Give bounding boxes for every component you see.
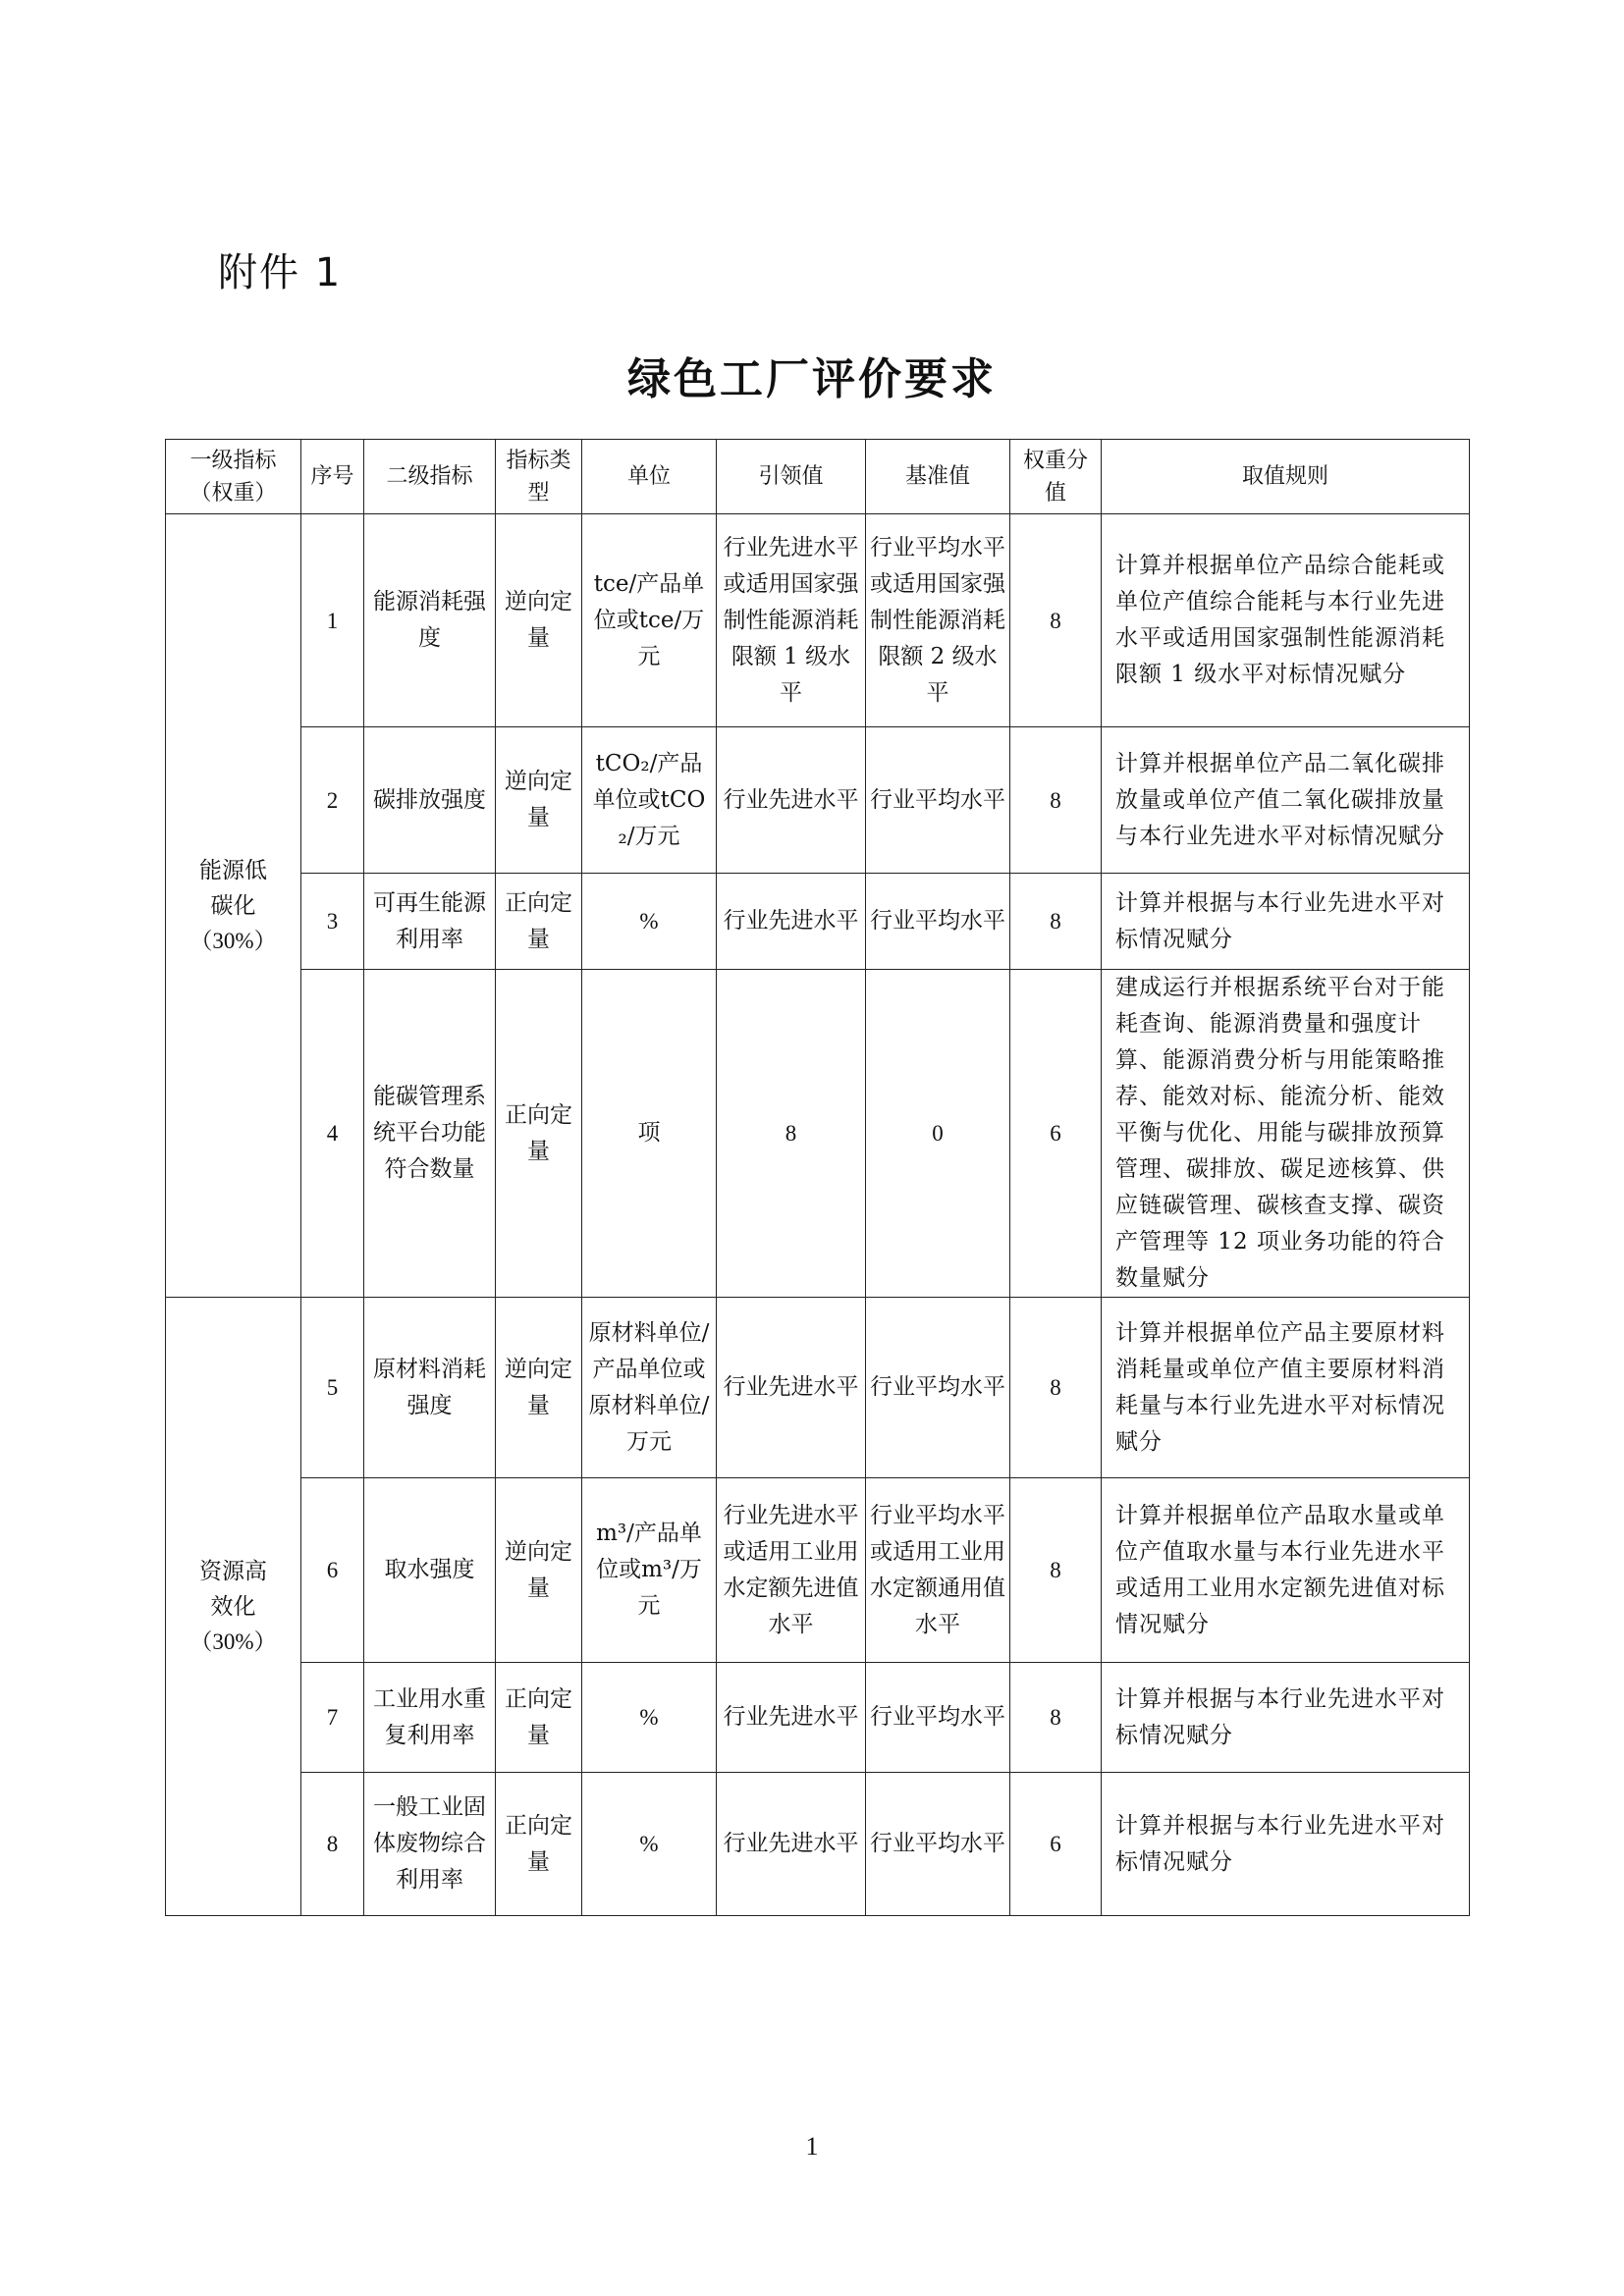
table-row: 7 工业用水重复利用率 正向定量 % 行业先进水平 行业平均水平 8 计算并根据… [166, 1663, 1470, 1773]
row-type: 正向定量 [496, 1773, 582, 1916]
attachment-label: 附件 1 [218, 253, 342, 293]
row-unit: m³/产品单位或m³/万元 [582, 1478, 717, 1663]
row-no: 5 [301, 1298, 364, 1478]
row-baseline: 行业平均水平 [866, 1773, 1010, 1916]
page-number: 1 [0, 2132, 1624, 2162]
header-type: 指标类型 [496, 440, 582, 514]
category-cell: 能源低碳化 （30%） [166, 514, 301, 1298]
row-baseline: 行业平均水平或适用工业用水定额通用值水平 [866, 1478, 1010, 1663]
row-baseline: 行业平均水平 [866, 1298, 1010, 1478]
category-weight: （30%） [170, 924, 297, 959]
row-leading: 8 [717, 970, 866, 1298]
row-no: 4 [301, 970, 364, 1298]
row-leading: 行业先进水平 [717, 1298, 866, 1478]
row-rule: 建成运行并根据系统平台对于能耗查询、能源消费量和强度计算、能源消费分析与用能策略… [1102, 970, 1470, 1298]
row-score: 6 [1010, 970, 1102, 1298]
evaluation-table: 一级指标（权重） 序号 二级指标 指标类型 单位 引领值 基准值 权重分值 取值… [165, 439, 1470, 1916]
row-indicator: 能碳管理系统平台功能符合数量 [364, 970, 496, 1298]
row-no: 3 [301, 874, 364, 970]
row-score: 8 [1010, 1478, 1102, 1663]
category-weight: （30%） [170, 1625, 297, 1660]
row-leading: 行业先进水平 [717, 874, 866, 970]
row-unit: tce/产品单位或tce/万元 [582, 514, 717, 727]
row-leading: 行业先进水平 [717, 1773, 866, 1916]
row-type: 正向定量 [496, 970, 582, 1298]
row-baseline: 行业平均水平 [866, 874, 1010, 970]
row-score: 8 [1010, 514, 1102, 727]
row-leading: 行业先进水平 [717, 1663, 866, 1773]
header-baseline: 基准值 [866, 440, 1010, 514]
row-indicator: 可再生能源利用率 [364, 874, 496, 970]
row-baseline: 行业平均水平 [866, 1663, 1010, 1773]
row-score: 8 [1010, 727, 1102, 874]
row-score: 8 [1010, 1298, 1102, 1478]
row-rule: 计算并根据单位产品二氧化碳排放量或单位产值二氧化碳排放量与本行业先进水平对标情况… [1102, 727, 1470, 874]
table-row: 2 碳排放强度 逆向定量 tCO₂/产品单位或tCO₂/万元 行业先进水平 行业… [166, 727, 1470, 874]
header-unit: 单位 [582, 440, 717, 514]
table-row: 4 能碳管理系统平台功能符合数量 正向定量 项 8 0 6 建成运行并根据系统平… [166, 970, 1470, 1298]
row-indicator: 原材料消耗强度 [364, 1298, 496, 1478]
row-rule: 计算并根据与本行业先进水平对标情况赋分 [1102, 1773, 1470, 1916]
row-type: 逆向定量 [496, 1478, 582, 1663]
row-unit: % [582, 1773, 717, 1916]
row-type: 逆向定量 [496, 727, 582, 874]
row-baseline: 0 [866, 970, 1010, 1298]
row-indicator: 能源消耗强度 [364, 514, 496, 727]
row-no: 2 [301, 727, 364, 874]
row-rule: 计算并根据与本行业先进水平对标情况赋分 [1102, 874, 1470, 970]
row-rule: 计算并根据与本行业先进水平对标情况赋分 [1102, 1663, 1470, 1773]
row-baseline: 行业平均水平或适用国家强制性能源消耗限额 2 级水平 [866, 514, 1010, 727]
header-leading: 引领值 [717, 440, 866, 514]
row-leading: 行业先进水平或适用国家强制性能源消耗限额 1 级水平 [717, 514, 866, 727]
row-indicator: 工业用水重复利用率 [364, 1663, 496, 1773]
header-level1: 一级指标（权重） [166, 440, 301, 514]
row-type: 逆向定量 [496, 1298, 582, 1478]
row-indicator: 碳排放强度 [364, 727, 496, 874]
row-score: 6 [1010, 1773, 1102, 1916]
row-rule: 计算并根据单位产品主要原材料消耗量或单位产值主要原材料消耗量与本行业先进水平对标… [1102, 1298, 1470, 1478]
row-no: 6 [301, 1478, 364, 1663]
table-row: 资源高效化 （30%） 5 原材料消耗强度 逆向定量 原材料单位/产品单位或原材… [166, 1298, 1470, 1478]
table-header-row: 一级指标（权重） 序号 二级指标 指标类型 单位 引领值 基准值 权重分值 取值… [166, 440, 1470, 514]
row-type: 逆向定量 [496, 514, 582, 727]
page-title: 绿色工厂评价要求 [0, 344, 1624, 406]
table-row: 能源低碳化 （30%） 1 能源消耗强度 逆向定量 tce/产品单位或tce/万… [166, 514, 1470, 727]
category-name: 能源低碳化 [189, 853, 278, 924]
row-baseline: 行业平均水平 [866, 727, 1010, 874]
row-unit: tCO₂/产品单位或tCO₂/万元 [582, 727, 717, 874]
row-leading: 行业先进水平 [717, 727, 866, 874]
row-indicator: 取水强度 [364, 1478, 496, 1663]
row-unit: 原材料单位/产品单位或原材料单位/万元 [582, 1298, 717, 1478]
row-indicator: 一般工业固体废物综合利用率 [364, 1773, 496, 1916]
table-row: 3 可再生能源利用率 正向定量 % 行业先进水平 行业平均水平 8 计算并根据与… [166, 874, 1470, 970]
row-rule: 计算并根据单位产品综合能耗或单位产值综合能耗与本行业先进水平或适用国家强制性能源… [1102, 514, 1470, 727]
row-rule: 计算并根据单位产品取水量或单位产值取水量与本行业先进水平或适用工业用水定额先进值… [1102, 1478, 1470, 1663]
row-type: 正向定量 [496, 874, 582, 970]
row-no: 1 [301, 514, 364, 727]
row-leading: 行业先进水平或适用工业用水定额先进值水平 [717, 1478, 866, 1663]
header-score: 权重分值 [1010, 440, 1102, 514]
table-row: 6 取水强度 逆向定量 m³/产品单位或m³/万元 行业先进水平或适用工业用水定… [166, 1478, 1470, 1663]
header-level2: 二级指标 [364, 440, 496, 514]
row-score: 8 [1010, 874, 1102, 970]
row-score: 8 [1010, 1663, 1102, 1773]
row-unit: % [582, 1663, 717, 1773]
header-no: 序号 [301, 440, 364, 514]
category-name: 资源高效化 [189, 1554, 278, 1625]
category-cell: 资源高效化 （30%） [166, 1298, 301, 1916]
row-unit: 项 [582, 970, 717, 1298]
row-type: 正向定量 [496, 1663, 582, 1773]
header-rule: 取值规则 [1102, 440, 1470, 514]
row-no: 8 [301, 1773, 364, 1916]
row-no: 7 [301, 1663, 364, 1773]
row-unit: % [582, 874, 717, 970]
table-row: 8 一般工业固体废物综合利用率 正向定量 % 行业先进水平 行业平均水平 6 计… [166, 1773, 1470, 1916]
